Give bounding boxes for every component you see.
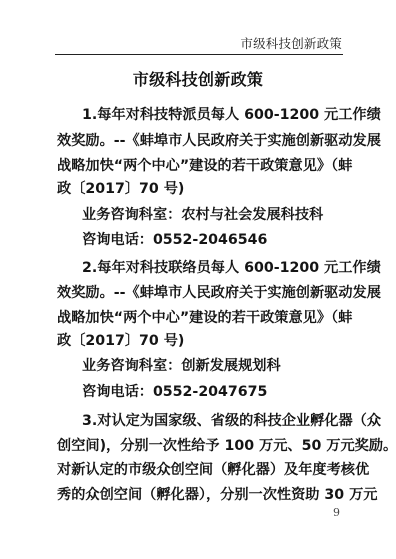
running-header: 市级科技创新政策 [55, 36, 342, 52]
policy-item-1-line-1: 1.每年对科技特派员每人 600-1200 元工作绩 [82, 105, 381, 125]
page-title: 市级科技创新政策 [0, 69, 396, 91]
policy-item-1-line-4: 政〔2017〕70 号) [57, 179, 184, 199]
policy-item-2-department: 业务咨询科室：创新发展规划科 [82, 356, 281, 376]
policy-item-3-line-1: 3.对认定为国家级、省级的科技企业孵化器（众 [82, 411, 381, 431]
policy-item-1-line-3: 战略加快“两个中心”建设的若干政策意见》（蚌 [57, 156, 352, 176]
policy-item-3-line-3: 对新认定的市级众创空间（孵化器）及年度考核优 [57, 460, 369, 480]
policy-item-2-line-3: 战略加快“两个中心”建设的若干政策意见》（蚌 [57, 308, 352, 328]
page-number: 9 [333, 506, 340, 520]
policy-item-2-line-4: 政〔2017〕70 号) [57, 331, 184, 351]
policy-item-2-line-2: 效奖励。--《蚌埠市人民政府关于实施创新驱动发展 [57, 283, 381, 303]
policy-item-2-line-1: 2.每年对科技联络员每人 600-1200 元工作绩 [82, 258, 381, 278]
policy-item-3-line-4: 秀的众创空间（孵化器），分别一次性资助 30 万元 [57, 485, 377, 505]
policy-item-3-line-2: 创空间)，分别一次性给予 100 万元、50 万元奖励。 [57, 436, 396, 456]
policy-item-1-line-2: 效奖励。--《蚌埠市人民政府关于实施创新驱动发展 [57, 131, 381, 151]
policy-item-1-phone: 咨询电话：0552-2046546 [82, 230, 267, 250]
policy-item-2-phone: 咨询电话：0552-2047675 [82, 382, 267, 402]
policy-item-1-department: 业务咨询科室：农村与社会发展科技科 [82, 205, 323, 225]
header-rule [55, 54, 343, 55]
